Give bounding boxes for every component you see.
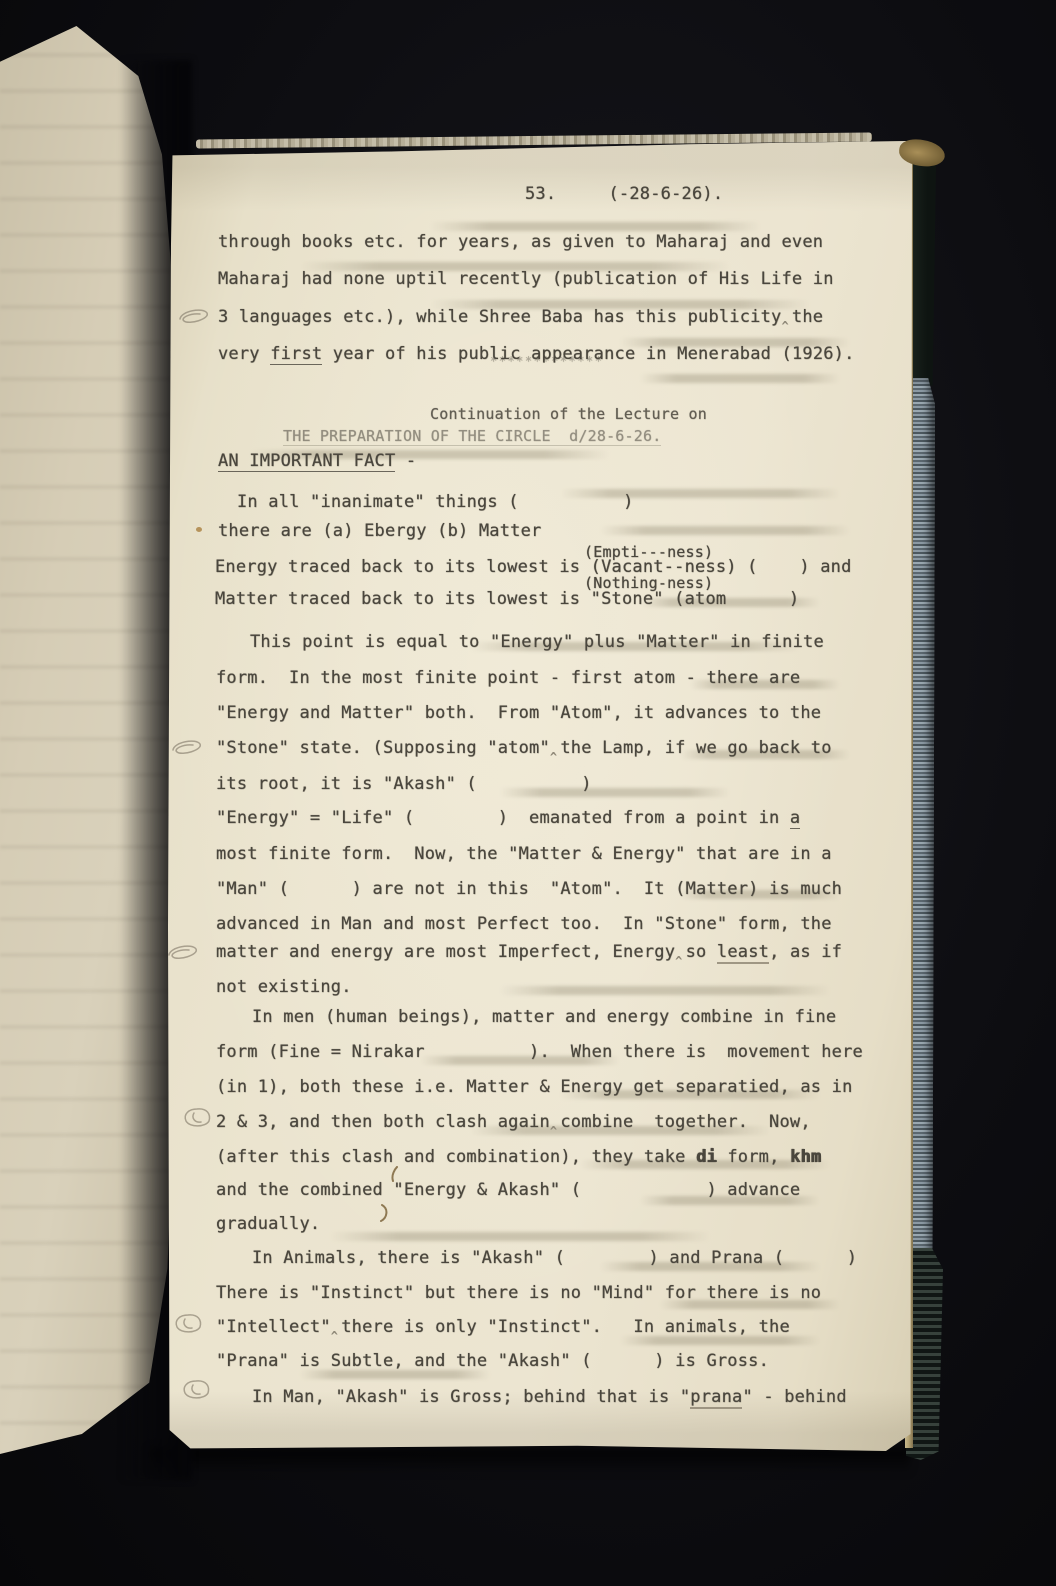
typed-line: its root, it is "Akash" ( ) xyxy=(216,776,592,793)
typed-text-segment: (after this clash and combination), they… xyxy=(216,1147,696,1167)
typed-text-segment: khm xyxy=(790,1147,821,1167)
typed-line: 3 languages etc.), while Shree Baba has … xyxy=(218,309,823,326)
typed-text-segment: its root, it is "Akash" ( ) xyxy=(216,774,592,794)
typed-line: "Man" ( ) are not in this "Atom". It (Ma… xyxy=(216,881,842,898)
typed-text-segment: gradually. xyxy=(216,1214,320,1234)
typed-line: form. In the most finite point - first a… xyxy=(216,670,800,687)
typed-line: 2 & 3, and then both clash again^ combin… xyxy=(216,1114,811,1131)
typed-line: AN IMPORTANT FACT - xyxy=(218,453,416,470)
typed-text-segment: form (Fine = Nirakar ). When there is mo… xyxy=(216,1042,863,1062)
typed-line: Matter traced back to its lowest is "Sto… xyxy=(215,591,799,608)
typed-text: 53. (-28-6-26).through books etc. for ye… xyxy=(0,0,1056,1586)
typed-text-segment: In all "inanimate" things ( ) xyxy=(237,492,634,512)
typed-text-segment: di xyxy=(696,1147,717,1167)
ink-mark xyxy=(388,1166,402,1192)
typed-text-segment: In Animals, there is "Akash" ( ) and Pra… xyxy=(252,1248,857,1268)
typed-line: not existing. xyxy=(216,979,352,996)
typed-line: "Intellect"^ there is only "Instinct". I… xyxy=(216,1319,790,1336)
typed-text-segment: AN IMPORTANT FACT xyxy=(218,451,395,472)
typed-text-segment: - xyxy=(395,451,416,471)
typed-text-segment: "Prana" is Subtle, and the "Akash" ( ) i… xyxy=(216,1351,769,1371)
typed-text-segment: matter and energy are most Imperfect, En… xyxy=(216,942,675,962)
typed-text-segment: "Stone" state. (Supposing "atom" xyxy=(216,738,550,758)
typed-text-segment: ************* xyxy=(490,354,603,368)
typed-line: "Stone" state. (Supposing "atom"^ the La… xyxy=(216,740,832,757)
typed-line: "Energy and Matter" both. From "Atom", i… xyxy=(216,705,821,722)
typed-text-segment: This point is equal to "Energy" plus "Ma… xyxy=(250,632,824,652)
typed-text-segment: Matter traced back to its lowest is "Sto… xyxy=(215,589,799,609)
typed-line: In men (human beings), matter and energy… xyxy=(252,1009,836,1026)
ink-speck xyxy=(196,527,202,532)
typed-line: Maharaj had none uptil recently (publica… xyxy=(218,271,834,288)
typed-line: In Man, "Akash" is Gross; behind that is… xyxy=(252,1389,847,1406)
pencil-scribble xyxy=(165,940,201,969)
typed-text-segment: form, xyxy=(717,1147,790,1167)
typed-text-segment: and the combined "Energy & Akash" ( ) ad… xyxy=(216,1180,800,1200)
typed-text-segment: In men (human beings), matter and energy… xyxy=(252,1007,836,1027)
typed-line: (after this clash and combination), they… xyxy=(216,1149,821,1166)
typed-line: gradually. xyxy=(216,1216,320,1233)
typed-text-segment: In Man, "Akash" is Gross; behind that is… xyxy=(252,1387,690,1407)
typed-text-segment: Energy traced back to its lowest is (Vac… xyxy=(215,557,852,577)
typed-line: THE PREPARATION OF THE CIRCLE d/28-6-26. xyxy=(283,429,661,444)
typed-text-segment: very xyxy=(218,344,270,364)
typed-text-segment: There is "Instinct" but there is no "Min… xyxy=(216,1283,821,1303)
typed-text-segment: through books etc. for years, as given t… xyxy=(218,232,823,252)
ink-mark xyxy=(380,1203,394,1229)
typed-line: there are (a) Ebergy (b) Matter xyxy=(218,523,541,540)
typed-text-segment: most finite form. Now, the "Matter & Ene… xyxy=(216,844,832,864)
typed-text-segment: THE PREPARATION OF THE CIRCLE d/28-6-26. xyxy=(283,427,661,446)
typed-text-segment: there are (a) Ebergy (b) Matter xyxy=(218,521,541,541)
typed-text-segment: "Intellect" xyxy=(216,1317,331,1337)
typed-line: Energy traced back to its lowest is (Vac… xyxy=(215,559,852,576)
typed-line: form (Fine = Nirakar ). When there is mo… xyxy=(216,1044,863,1061)
typed-line: In all "inanimate" things ( ) xyxy=(237,494,634,511)
typed-text-segment: "Energy and Matter" both. From "Atom", i… xyxy=(216,703,821,723)
typed-line: There is "Instinct" but there is no "Min… xyxy=(216,1285,821,1302)
typed-text-segment: (in 1), both these i.e. Matter & Energy … xyxy=(216,1077,853,1097)
book-photo-scene: 53. (-28-6-26).through books etc. for ye… xyxy=(0,0,1056,1586)
typed-text-segment: 53. (-28-6-26). xyxy=(525,184,723,204)
pencil-scribble xyxy=(180,1378,216,1407)
typed-text-segment: form. In the most finite point - first a… xyxy=(216,668,800,688)
typed-text-segment: 2 & 3, and then both clash again xyxy=(216,1112,550,1132)
typed-line: through books etc. for years, as given t… xyxy=(218,234,823,251)
typed-line: ************* xyxy=(490,355,603,367)
typed-text-segment: not existing. xyxy=(216,977,352,997)
typed-line: "Prana" is Subtle, and the "Akash" ( ) i… xyxy=(216,1353,769,1370)
typed-line: advanced in Man and most Perfect too. In… xyxy=(216,916,832,933)
pencil-scribble xyxy=(172,1312,208,1341)
typed-text-segment: Maharaj had none uptil recently (publica… xyxy=(218,269,834,289)
pencil-scribble xyxy=(169,735,205,764)
typed-text-segment: combine together. Now, xyxy=(550,1112,811,1132)
typed-text-segment: least xyxy=(717,942,769,964)
typed-text-segment: a xyxy=(790,808,800,829)
typed-text-segment: the Lamp, if we go back to xyxy=(550,738,832,758)
pencil-scribble xyxy=(176,304,212,333)
typed-line: In Animals, there is "Akash" ( ) and Pra… xyxy=(252,1250,857,1267)
typed-line: This point is equal to "Energy" plus "Ma… xyxy=(250,634,824,651)
typed-line: Continuation of the Lecture on xyxy=(430,407,707,422)
typed-text-segment: 3 languages etc.), while Shree Baba has … xyxy=(218,307,781,327)
typed-text-segment: "Man" ( ) are not in this "Atom". It (Ma… xyxy=(216,879,842,899)
typed-line: and the combined "Energy & Akash" ( ) ad… xyxy=(216,1182,800,1199)
typed-text-segment: , as if xyxy=(769,942,842,962)
typed-line: (in 1), both these i.e. Matter & Energy … xyxy=(216,1079,853,1096)
typed-text-segment: first xyxy=(270,344,322,365)
typed-line: matter and energy are most Imperfect, En… xyxy=(216,944,842,961)
typed-text-segment: there is only "Instinct". In animals, th… xyxy=(331,1317,790,1337)
typed-text-segment: " - behind xyxy=(742,1387,846,1407)
typed-text-segment: prana xyxy=(690,1387,742,1409)
typed-line: most finite form. Now, the "Matter & Ene… xyxy=(216,846,832,863)
typed-line: 53. (-28-6-26). xyxy=(525,186,723,203)
typed-text-segment: Continuation of the Lecture on xyxy=(430,405,707,423)
pencil-scribble xyxy=(181,1106,217,1135)
typed-text-segment: "Energy" = "Life" ( ) emanated from a po… xyxy=(216,808,790,828)
typed-line: "Energy" = "Life" ( ) emanated from a po… xyxy=(216,810,800,827)
typed-text-segment: advanced in Man and most Perfect too. In… xyxy=(216,914,832,934)
